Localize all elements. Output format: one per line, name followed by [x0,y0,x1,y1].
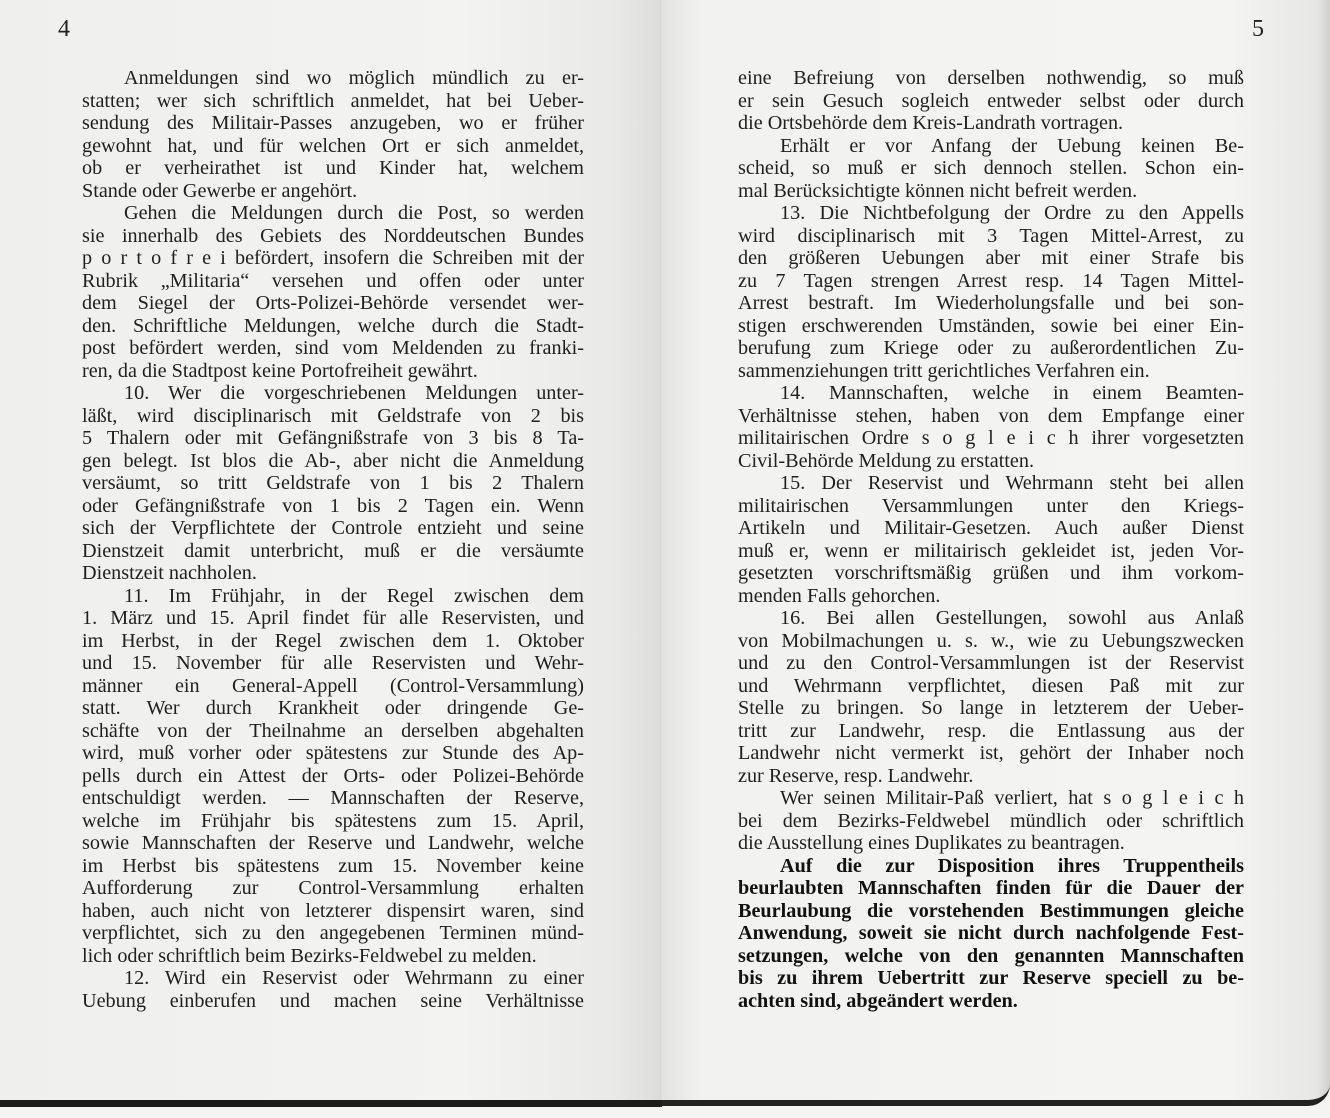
text-line: sie innerhalb des Gebiets des Norddeutsc… [82,225,584,248]
text-line: zur Reserve, resp. Landwehr. [738,765,1244,788]
text-line: Civil-Behörde Meldung zu erstatten. [738,450,1244,473]
text-line: Artikeln und Militair-Gesetzen. Auch auß… [738,517,1244,540]
text-line: den. Schriftliche Meldungen, welche durc… [82,315,584,338]
text-line: Rubrik „Militaria“ versehen und offen od… [82,270,584,293]
text-line: 5 Thalern oder mit Gefängnißstrafe von 3… [82,427,584,450]
text-line: sowie Mannschaften der Reserve und Landw… [82,832,584,855]
text-line: Wer seinen Militair-Paß verliert, hat s … [738,787,1244,810]
text-line: und zu den Control-Versammlungen ist der… [738,652,1244,675]
text-line: den größeren Uebungen aber mit einer Str… [738,247,1244,270]
text-line: sammenziehungen tritt gerichtliches Verf… [738,360,1244,383]
text-line: 15. Der Reservist und Wehrmann steht bei… [738,472,1244,495]
text-line: 10. Wer die vorgeschriebenen Meldungen u… [82,382,584,405]
text-line: beurlaubten Mannschaften finden für die … [738,877,1244,900]
text-line: ren, da die Stadtpost keine Portofreihei… [82,360,584,383]
left-page-body-text: Anmeldungen sind wo möglich mündlich zu … [82,67,584,1012]
right-page: 5 eine Befreiung von derselben nothwendi… [662,0,1330,1106]
text-line: setzungen, welche von den genannten Mann… [738,945,1244,968]
text-line: läßt, wird disciplinarisch mit Geldstraf… [82,405,584,428]
text-line: lich oder schriftlich beim Bezirks-Feldw… [82,945,584,968]
text-line: sendung des Militair-Passes anzugeben, w… [82,112,584,135]
text-line: die Ortsbehörde dem Kreis-Landrath vortr… [738,112,1244,135]
left-page: 4 Anmeldungen sind wo möglich mündlich z… [0,0,662,1107]
text-line: die Ausstellung eines Duplikates zu bean… [738,832,1244,855]
text-line: bis zu ihrem Uebertritt zur Reserve spec… [738,967,1244,990]
text-line: Beurlaubung die vorstehenden Bestimmunge… [738,900,1244,923]
text-line: und Wehrmann verpflichtet, diesen Paß mi… [738,675,1244,698]
text-line: pells durch ein Attest der Orts- oder Po… [82,765,584,788]
text-line: eine Befreiung von derselben nothwendig,… [738,67,1244,90]
text-line: verpflichtet, sich zu den angegebenen Te… [82,922,584,945]
text-line: ob er verheirathet ist und Kinder hat, w… [82,157,584,180]
text-line: mal Berücksichtigte können nicht befreit… [738,180,1244,203]
text-line: militairischen Ordre s o g l e i c h ihr… [738,427,1244,450]
text-line: gesetzten vorschriftsmäßig grüßen und ih… [738,562,1244,585]
text-line: scheid, so muß er sich dennoch stellen. … [738,157,1244,180]
text-line: Verhältnisse stehen, haben von dem Empfa… [738,405,1244,428]
text-line: berufung zum Kriege oder zu außerordentl… [738,337,1244,360]
text-line: 1. März und 15. April findet für alle Re… [82,607,584,630]
open-booklet-spread: 4 Anmeldungen sind wo möglich mündlich z… [0,0,1330,1118]
text-line: Anwendung, soweit sie nicht durch nachfo… [738,922,1244,945]
text-line: Erhält er vor Anfang der Uebung keinen B… [738,135,1244,158]
text-line: 14. Mannschaften, welche in einem Beamte… [738,382,1244,405]
text-line: 12. Wird ein Reservist oder Wehrmann zu … [82,967,584,990]
page-number-right: 5 [1252,16,1264,43]
text-line: im Herbst, in der Regel zwischen dem 1. … [82,630,584,653]
text-line: tritt zur Landwehr, resp. die Entlassung… [738,720,1244,743]
text-line: schäfte von der Theilnahme an derselben … [82,720,584,743]
text-line: im Herbst bis spätestens zum 15. Novembe… [82,855,584,878]
text-line: entschuldigt werden. — Mannschaften der … [82,787,584,810]
text-line: p o r t o f r e i befördert, insofern di… [82,247,584,270]
text-line: muß er, wenn er militairisch gekleidet i… [738,540,1244,563]
text-line: welche im Frühjahr bis spätestens zum 15… [82,810,584,833]
text-line: und 15. November für alle Reservisten un… [82,652,584,675]
text-line: oder Gefängnißstrafe von 1 bis 2 Tagen e… [82,495,584,518]
text-line: Dienstzeit damit unterbricht, muß er die… [82,540,584,563]
text-line: wird, muß vorher oder spätestens zur Stu… [82,742,584,765]
text-line: Stelle zu bringen. So lange in letzterem… [738,697,1244,720]
text-line: menden Falls gehorchen. [738,585,1244,608]
text-line: gewohnt hat, und für welchen Ort er sich… [82,135,584,158]
text-line: Uebung einberufen und machen seine Verhä… [82,990,584,1013]
text-line: er sein Gesuch sogleich entweder selbst … [738,90,1244,113]
text-line: achten sind, abgeändert werden. [738,990,1244,1013]
text-line: Gehen die Meldungen durch die Post, so w… [82,202,584,225]
text-line: versäumt, so tritt Geldstrafe von 1 bis … [82,472,584,495]
text-line: statten; wer sich schriftlich anmeldet, … [82,90,584,113]
text-line: statt. Wer durch Krankheit oder dringend… [82,697,584,720]
text-line: wird disciplinarisch mit 3 Tagen Mittel-… [738,225,1244,248]
text-line: Landwehr nicht vermerkt ist, gehört der … [738,742,1244,765]
text-line: Dienstzeit nachholen. [82,562,584,585]
page-number-left: 4 [58,16,70,43]
text-line: Auf die zur Disposition ihres Truppenthe… [738,855,1244,878]
right-page-body-text: eine Befreiung von derselben nothwendig,… [738,67,1244,1012]
text-line: zu 7 Tagen strengen Arrest resp. 14 Tage… [738,270,1244,293]
text-line: bei dem Bezirks-Feldwebel mündlich oder … [738,810,1244,833]
text-line: Stande oder Gewerbe er angehört. [82,180,584,203]
text-line: Anmeldungen sind wo möglich mündlich zu … [82,67,584,90]
text-line: männer ein General-Appell (Control-Versa… [82,675,584,698]
text-line: gen belegt. Ist blos die Ab-, aber nicht… [82,450,584,473]
text-line: stigen erschwerenden Umständen, sowie be… [738,315,1244,338]
text-line: 16. Bei allen Gestellungen, sowohl aus A… [738,607,1244,630]
text-line: Aufforderung zur Control-Versammlung erh… [82,877,584,900]
text-line: haben, auch nicht von letzterer dispensi… [82,900,584,923]
text-line: sich der Verpflichtete der Controle entz… [82,517,584,540]
text-line: dem Siegel der Orts-Polizei-Behörde vers… [82,292,584,315]
text-line: von Mobilmachungen u. s. w., wie zu Uebu… [738,630,1244,653]
text-line: militairischen Versammlungen unter den K… [738,495,1244,518]
text-line: 11. Im Frühjahr, in der Regel zwischen d… [82,585,584,608]
text-line: post befördert werden, sind vom Meldende… [82,337,584,360]
text-line: Arrest bestraft. Im Wiederholungsfalle u… [738,292,1244,315]
text-line: 13. Die Nichtbefolgung der Ordre zu den … [738,202,1244,225]
